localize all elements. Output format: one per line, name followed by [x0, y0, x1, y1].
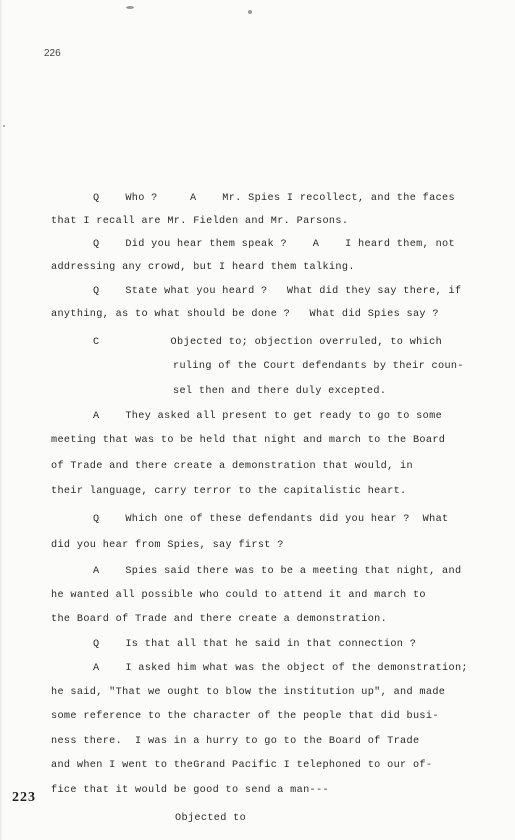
- transcript-line: A I asked him what was the object of the…: [93, 663, 468, 675]
- transcript-line: Q Who ? A Mr. Spies I recollect, and the…: [93, 193, 455, 205]
- transcript-line: fice that it would be good to send a man…: [51, 785, 329, 797]
- transcript-line: Q Did you hear them speak ? A I heard th…: [93, 239, 455, 251]
- transcript-line: their language, carry terror to the capi…: [51, 486, 407, 498]
- transcript-line: A Spies said there was to be a meeting t…: [93, 566, 461, 578]
- transcript-line: he wanted all possible who could to atte…: [51, 590, 426, 602]
- transcript-line: A They asked all present to get ready to…: [93, 411, 442, 423]
- scan-artifact: [248, 10, 252, 14]
- transcript-line: C Objected to; objection overruled, to w…: [93, 337, 442, 349]
- scan-artifact: [3, 125, 5, 127]
- transcript-line: and when I went to theGrand Pacific I te…: [51, 760, 432, 772]
- transcript-line: that I recall are Mr. Fielden and Mr. Pa…: [51, 216, 348, 228]
- transcript-line: Objected to: [175, 813, 246, 825]
- transcript-line: addressing any crowd, but I heard them t…: [51, 262, 355, 274]
- transcript-line: some reference to the character of the p…: [51, 711, 439, 723]
- scan-artifact: [126, 6, 134, 9]
- transcript-line: Q Which one of these defendants did you …: [93, 514, 449, 526]
- page-number: 226: [44, 48, 61, 59]
- transcript-line: did you hear from Spies, say first ?: [51, 540, 284, 552]
- transcript-line: Q State what you heard ? What did they s…: [93, 286, 461, 298]
- document-page: 226 Q Who ? A Mr. Spies I recollect, and…: [0, 0, 515, 840]
- transcript-line: ruling of the Court defendants by their …: [173, 361, 464, 373]
- transcript-line: anything, as to what should be done ? Wh…: [51, 309, 439, 321]
- transcript-line: meeting that was to be held that night a…: [51, 435, 445, 447]
- transcript-line: Q Is that all that he said in that conne…: [93, 639, 416, 651]
- transcript-line: sel then and there duly excepted.: [173, 386, 386, 398]
- transcript-line: ness there. I was in a hurry to go to th…: [51, 736, 419, 748]
- transcript-line: the Board of Trade and there create a de…: [51, 614, 387, 626]
- margin-page-number: 223: [12, 790, 36, 806]
- transcript-line: he said, "That we ought to blow the inst…: [51, 687, 445, 699]
- transcript-line: of Trade and there create a demonstratio…: [51, 461, 413, 473]
